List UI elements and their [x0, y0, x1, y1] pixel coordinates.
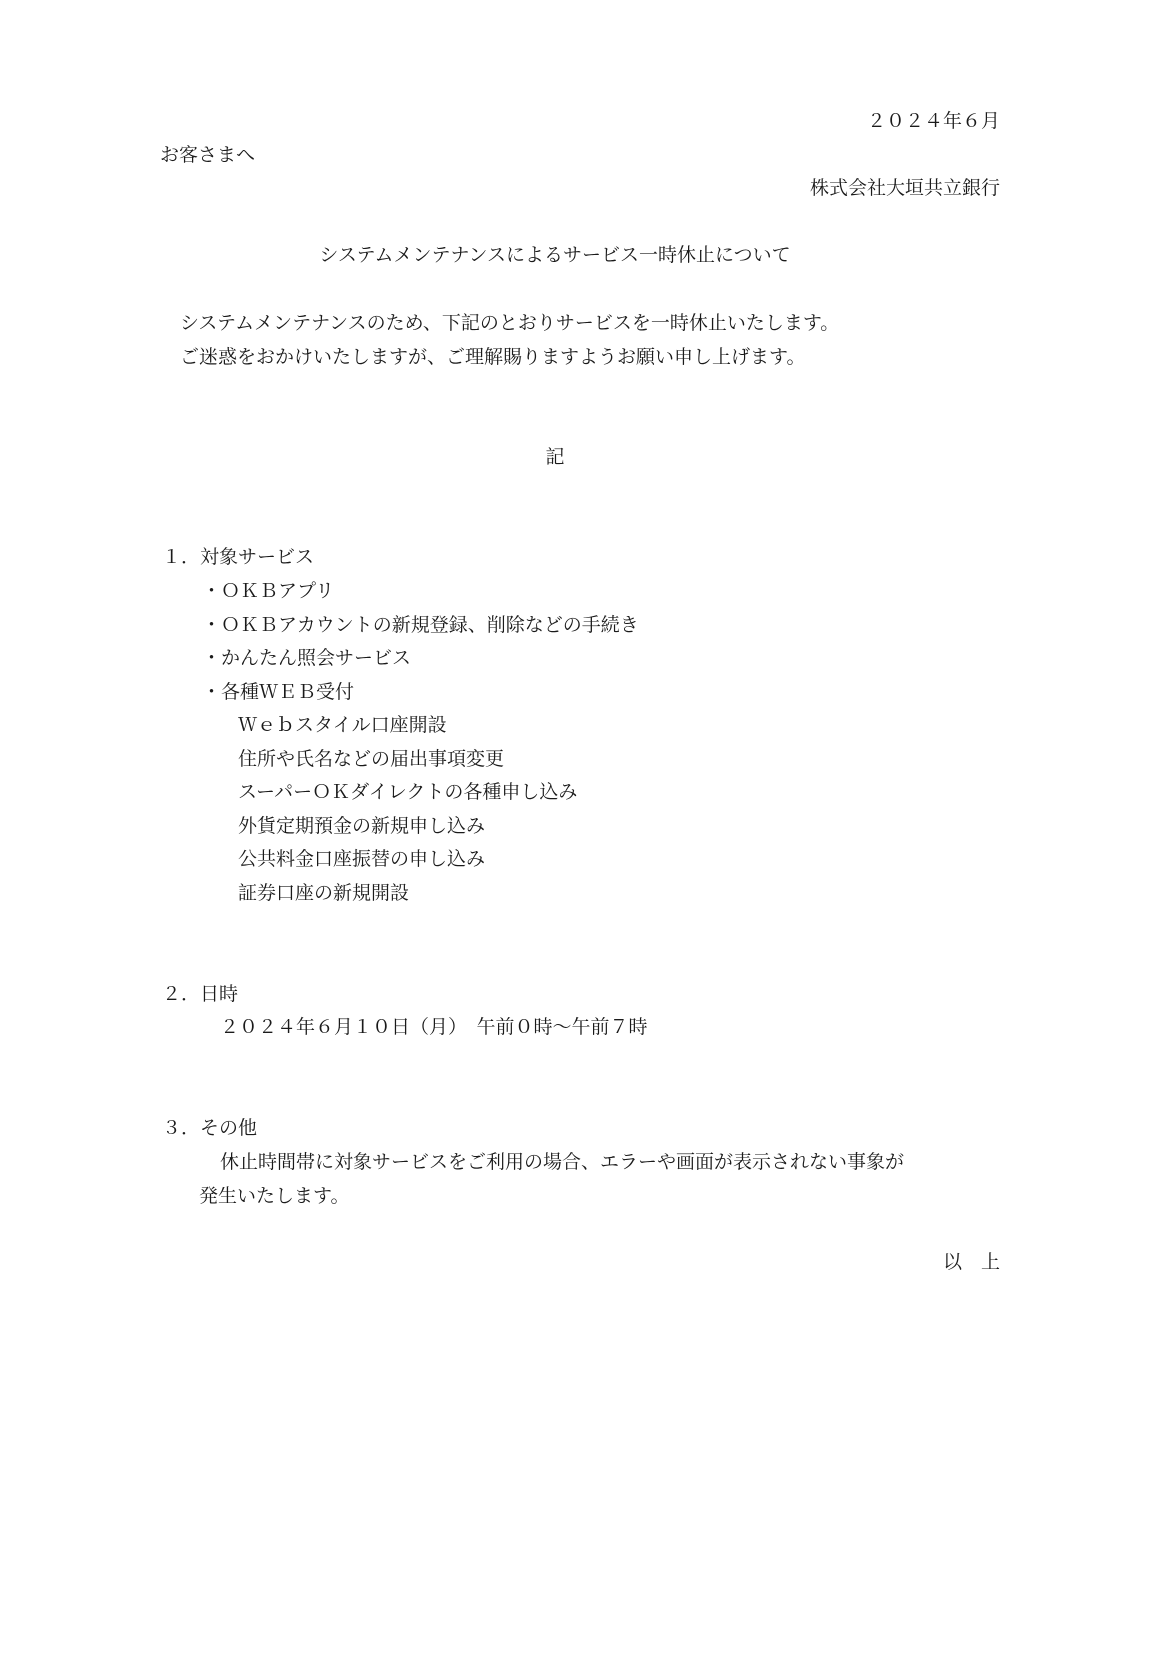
service-bullet: ・各種ＷＥＢ受付 — [202, 683, 354, 702]
document-title: システムメンテナンスによるサービス一時休止について — [0, 246, 1110, 265]
section-1-heading: １．対象サービス — [162, 548, 314, 567]
closing-mark: 以 上 — [943, 1253, 1000, 1272]
document-date: ２０２４年６月 — [867, 112, 1000, 131]
web-item: 公共料金口座振替の申し込み — [238, 850, 485, 869]
other-line-2: 発生いたします。 — [199, 1187, 349, 1206]
ki-notation: 記 — [0, 448, 1110, 467]
web-item: 住所や氏名などの届出事項変更 — [238, 750, 504, 769]
web-item: 外貨定期預金の新規申し込み — [238, 817, 485, 836]
web-item: 証券口座の新規開設 — [238, 884, 409, 903]
web-item: スーパーＯＫダイレクトの各種申し込み — [238, 783, 577, 802]
section-2-heading: ２．日時 — [162, 985, 238, 1004]
intro-line-2: ご迷惑をおかけいたしますが、ご理解賜りますようお願い申し上げます。 — [180, 348, 805, 367]
service-bullet: ・かんたん照会サービス — [202, 649, 411, 668]
other-line-1: 休止時間帯に対象サービスをご利用の場合、エラーや画面が表示されない事象が — [220, 1153, 904, 1172]
service-bullet: ・ＯＫＢアカウントの新規登録、削除などの手続き — [202, 616, 639, 635]
sender-company: 株式会社大垣共立銀行 — [810, 179, 1000, 198]
maintenance-datetime: ２０２４年６月１０日（月） 午前０時～午前７時 — [220, 1018, 648, 1037]
service-bullet: ・ＯＫＢアプリ — [202, 582, 334, 601]
web-item: Ｗｅｂスタイル口座開設 — [238, 716, 447, 735]
intro-line-1: システムメンテナンスのため、下記のとおりサービスを一時休止いたします。 — [180, 314, 839, 333]
section-3-heading: ３．その他 — [162, 1119, 257, 1138]
addressee: お客さまへ — [160, 146, 255, 165]
